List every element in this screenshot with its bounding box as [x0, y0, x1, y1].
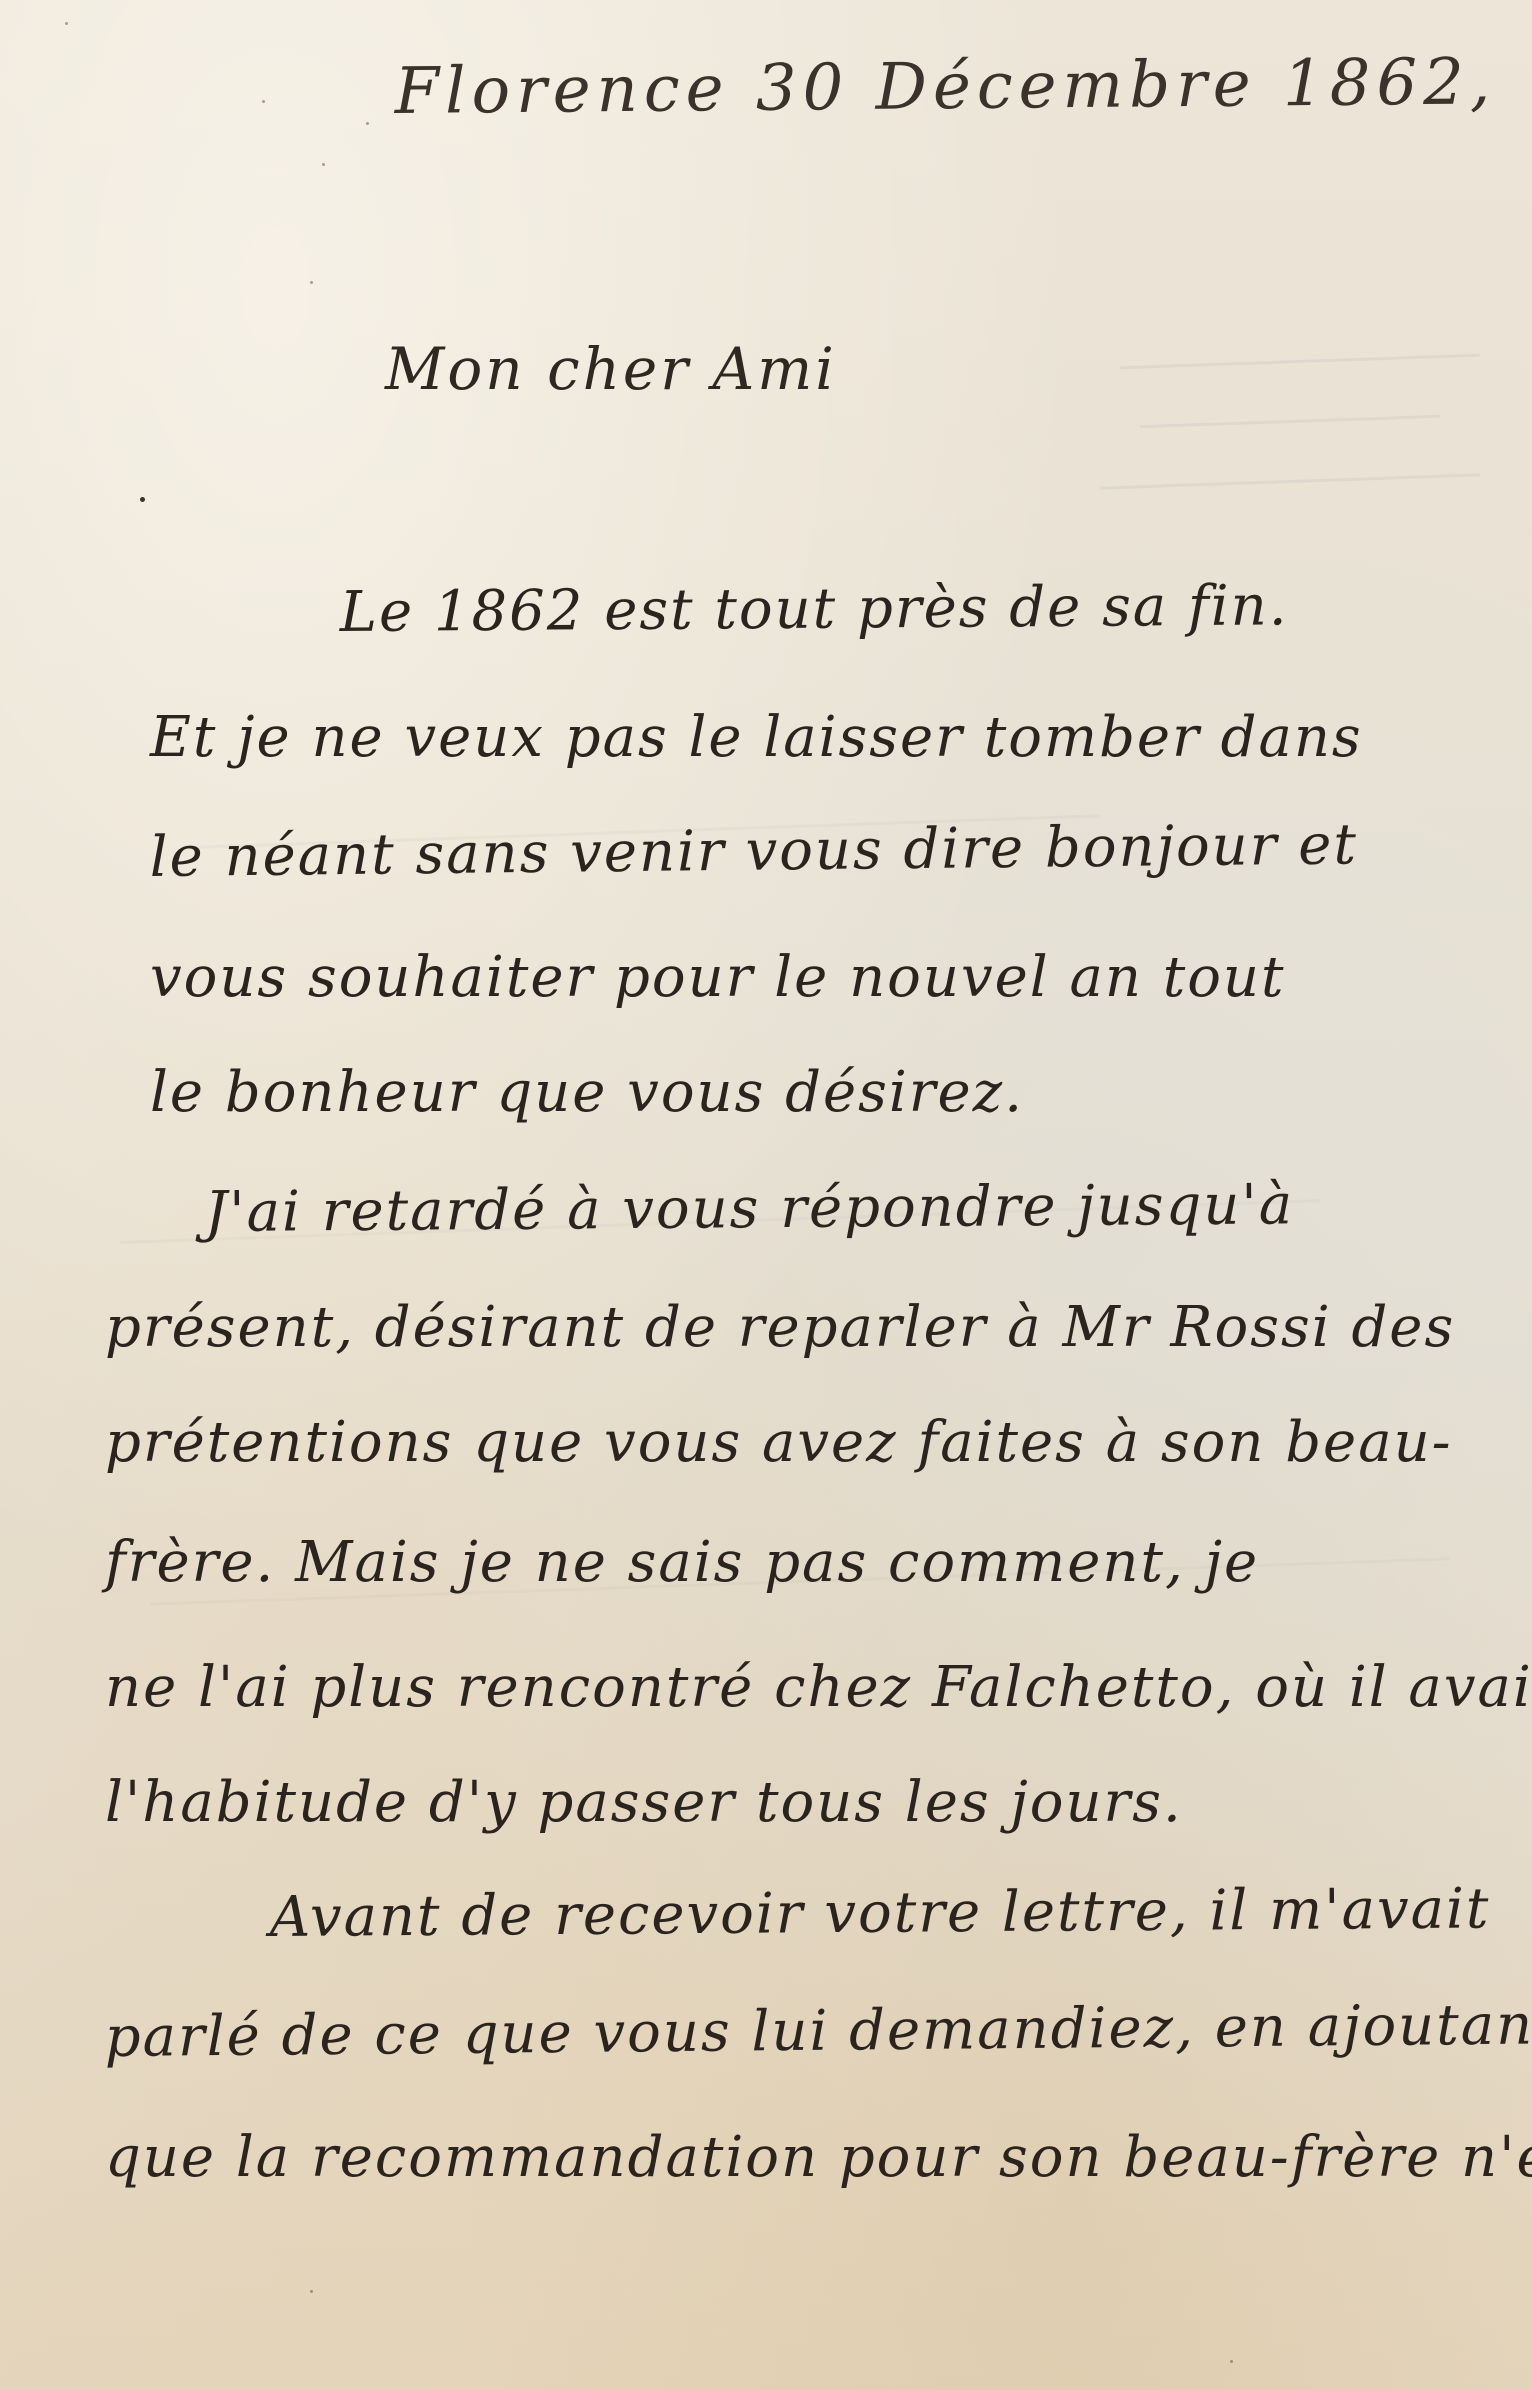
letter-line: vous souhaiter pour le nouvel an tout — [150, 945, 1285, 1010]
letter-dateline: Florence 30 Décembre 1862, — [394, 45, 1496, 129]
letter-salutation: Mon cher Ami — [385, 335, 837, 403]
letter-line: ne l'ai plus rencontré chez Falchetto, o… — [105, 1655, 1532, 1720]
letter-line: l'habitude d'y passer tous les jours. — [105, 1770, 1183, 1835]
letter-line: parlé de ce que vous lui demandiez, en a… — [104, 1992, 1532, 2070]
letter-line: le néant sans venir vous dire bonjour et — [149, 812, 1358, 890]
letter-line: prétentions que vous avez faites à son b… — [105, 1410, 1453, 1475]
letter-line: présent, désirant de reparler à Mr Rossi… — [105, 1295, 1455, 1360]
letter-line: Avant de recevoir votre lettre, il m'ava… — [270, 1876, 1491, 1950]
letter-line: que la recommandation pour son beau-frèr… — [105, 2125, 1532, 2190]
letter-line: le bonheur que vous désirez. — [150, 1060, 1024, 1125]
letter-page: Florence 30 Décembre 1862, Mon cher Ami … — [0, 0, 1532, 2390]
margin-ink-dot — [140, 497, 145, 502]
letter-line: frère. Mais je ne sais pas comment, je — [105, 1530, 1259, 1595]
letter-line: Le 1862 est tout près de sa fin. — [340, 573, 1289, 645]
letter-line: J'ai retardé à vous répondre jusqu'à — [205, 1172, 1295, 1245]
letter-line: Et je ne veux pas le laisser tomber dans — [150, 705, 1363, 770]
